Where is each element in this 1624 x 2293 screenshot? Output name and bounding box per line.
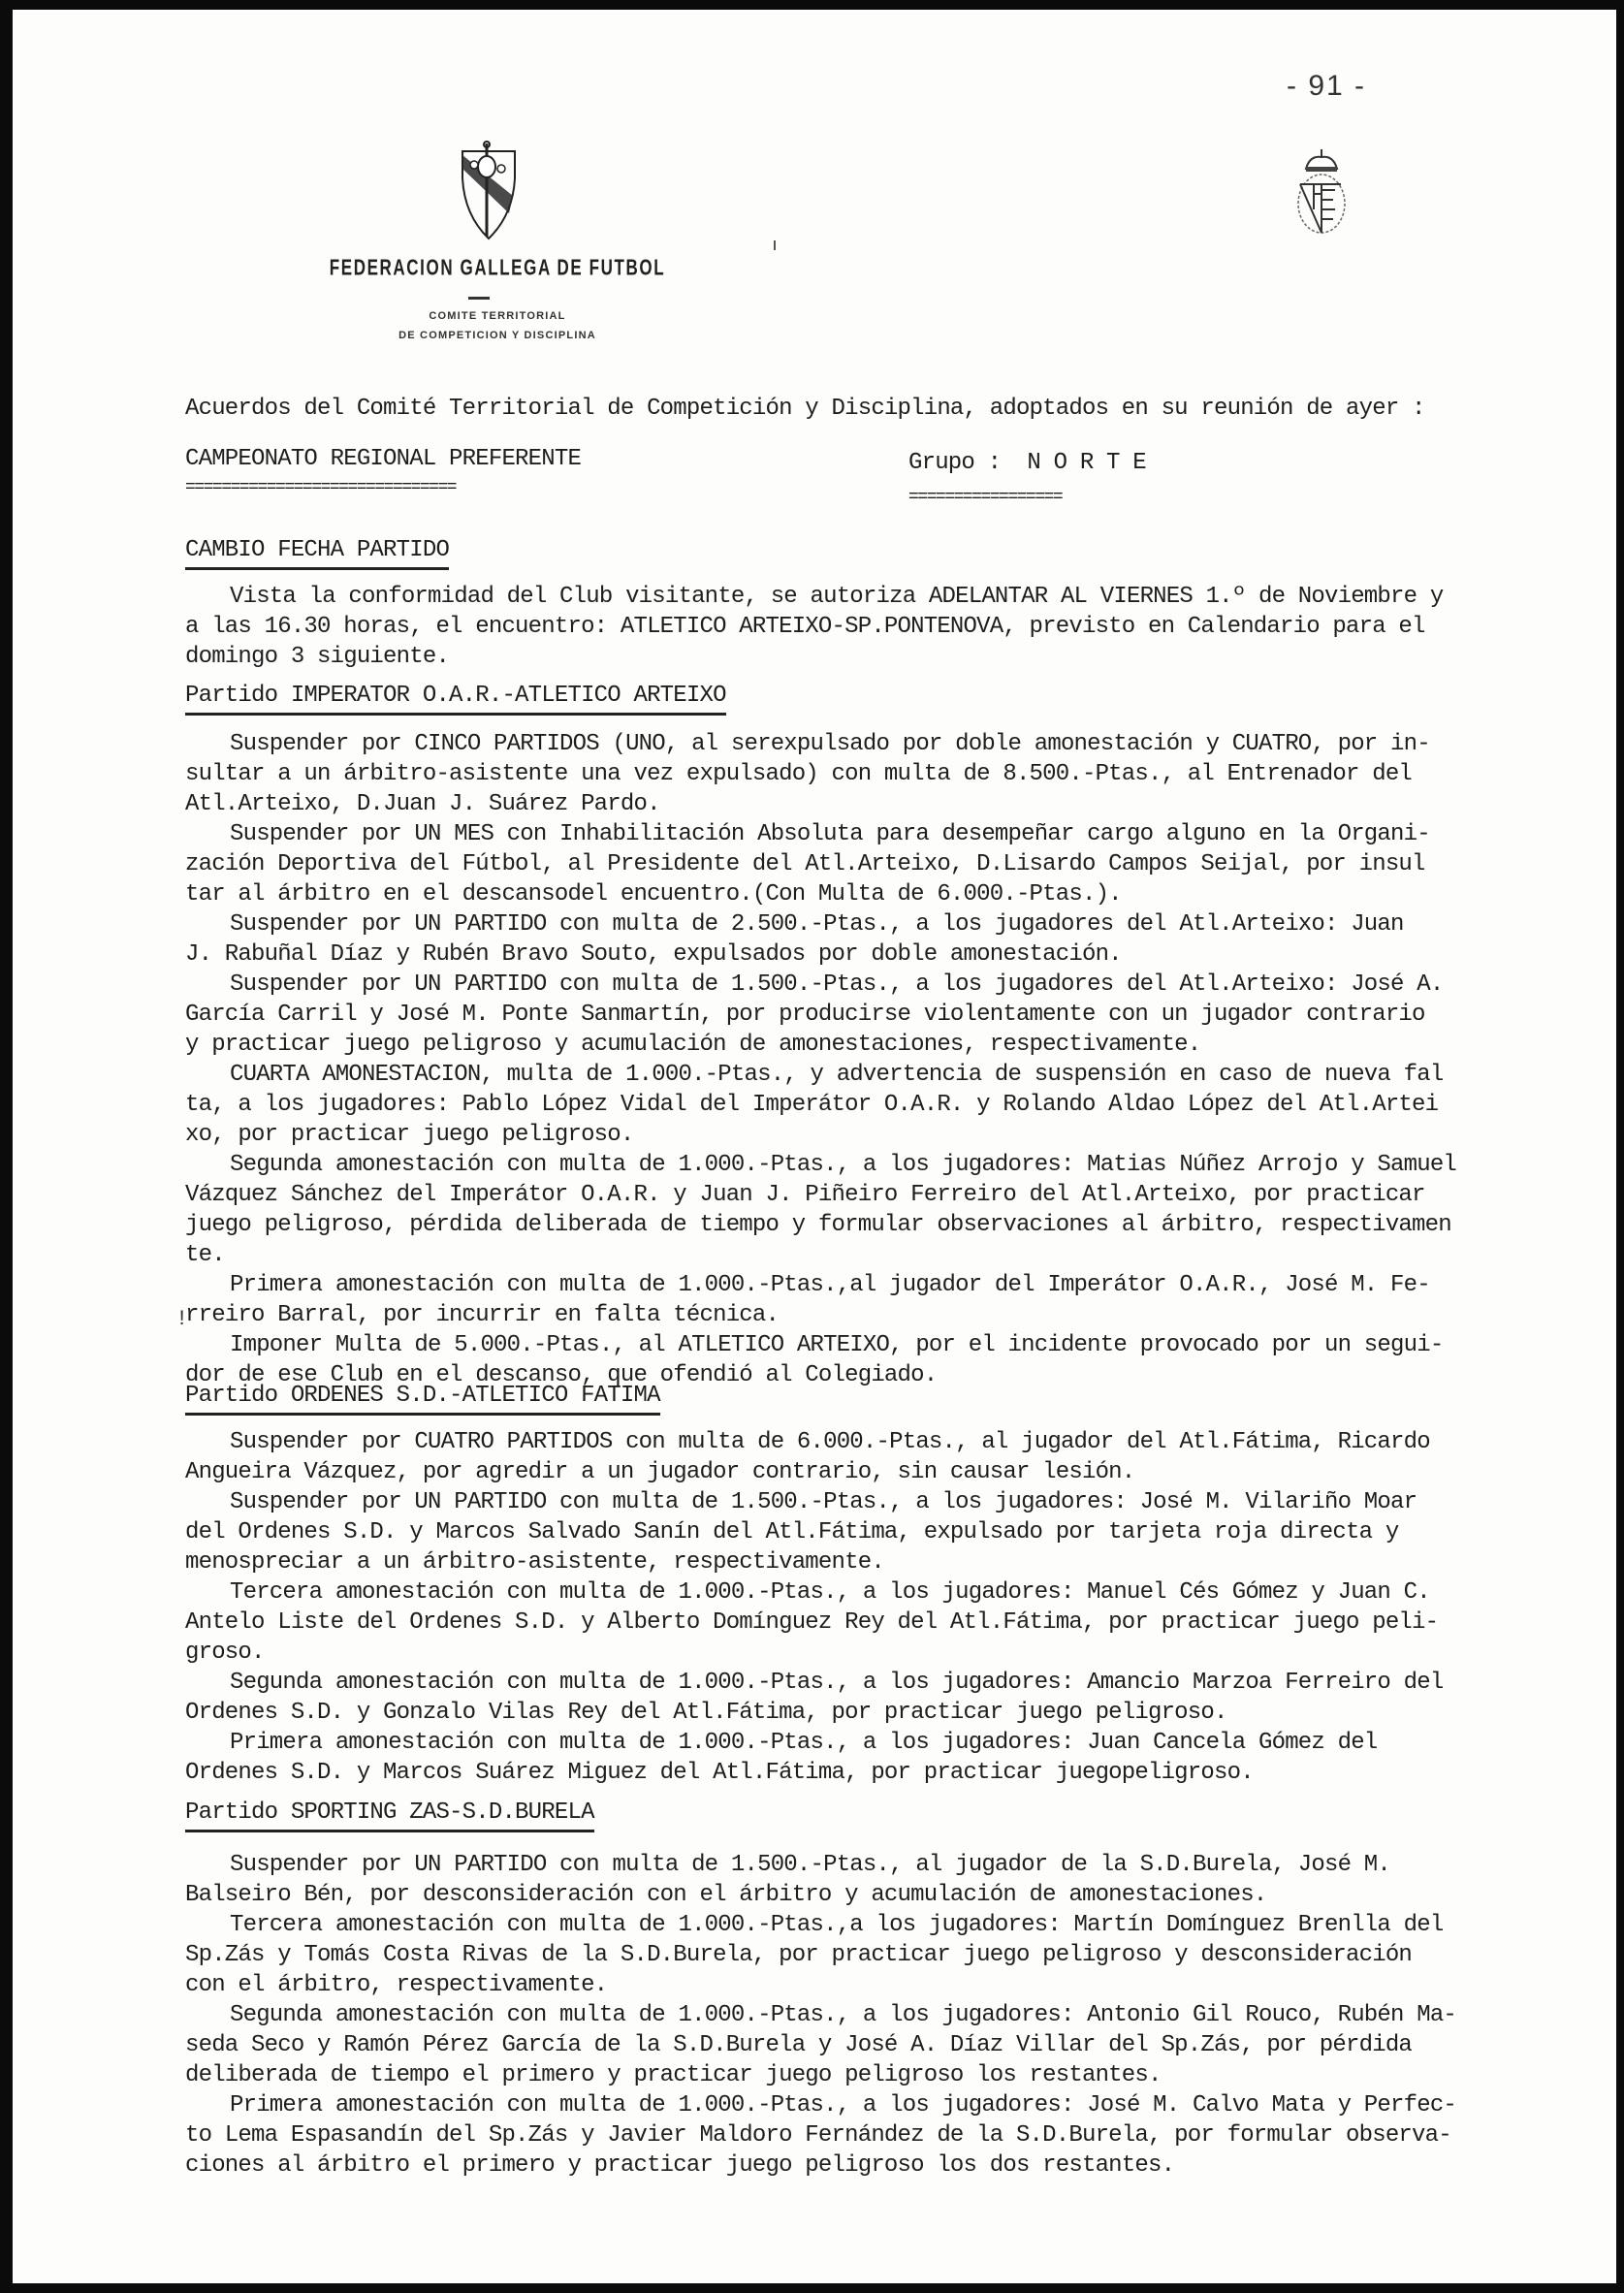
federation-divider [468,297,490,300]
document-page: - 91 - FEDERACION GALLEGA DE FUTBOL COMI… [13,10,1616,2283]
section-body: Suspender por UN PARTIDO con multa de 1.… [185,1850,1456,2181]
text-line: deliberada de tiempo el primero y practi… [185,2060,1456,2090]
text-line: Suspender por UN PARTIDO con multa de 2.… [185,909,1456,939]
section-body: Suspender por CINCO PARTIDOS (UNO, al se… [185,729,1456,1390]
text-line: sultar a un árbitro-asistente una vez ex… [185,759,1456,789]
text-line: Vázquez Sánchez del Imperátor O.A.R. y J… [185,1180,1456,1210]
galician-football-federation-shield-icon [455,140,523,240]
championship-label: CAMPEONATO REGIONAL PREFERENTE [185,444,581,474]
text-line: Suspender por UN MES con Inhabilitación … [185,819,1456,849]
text-line: Suspender por CUATRO PARTIDOS con multa … [185,1427,1443,1457]
text-line: Primera amonestación con multa de 1.000.… [185,1728,1443,1758]
margin-mark: ! [175,1307,188,1331]
section-title: Partido ORDENES S.D.-ATLETICO FATIMA [185,1381,660,1416]
text-line: Suspender por CINCO PARTIDOS (UNO, al se… [185,729,1456,759]
text-line: Antelo Liste del Ordenes S.D. y Alberto … [185,1608,1443,1638]
text-line: con el árbitro, respectivamente. [185,1970,1456,2000]
section-title: Partido IMPERATOR O.A.R.-ATLETICO ARTEIX… [185,681,726,716]
committee-line-2: DE COMPETICION Y DISCIPLINA [158,330,837,341]
group-label: Grupo : N O R T E [908,448,1146,478]
section-body: Vista la conformidad del Club visitante,… [185,582,1443,672]
committee-line-1: COMITE TERRITORIAL [158,310,837,322]
text-line: groso. [185,1638,1443,1668]
text-line: domingo 3 siguiente. [185,642,1443,672]
text-line: Vista la conformidad del Club visitante,… [185,582,1443,612]
text-line: del Ordenes S.D. y Marcos Salvado Sanín … [185,1517,1443,1547]
text-line: Sp.Zás y Tomás Costa Rivas de la S.D.Bur… [185,1940,1456,1970]
text-line: tar al árbitro en el descansodel encuent… [185,879,1456,909]
section-title: Partido SPORTING ZAS-S.D.BURELA [185,1798,594,1832]
text-line: Primera amonestación con multa de 1.000.… [185,1270,1456,1300]
stray-mark [774,240,776,250]
text-line: ciones al árbitro el primero y practicar… [185,2150,1456,2181]
text-line: Segunda amonestación con multa de 1.000.… [185,2000,1456,2030]
intro-statement: Acuerdos del Comité Territorial de Compe… [185,394,1425,424]
text-line: Segunda amonestación con multa de 1.000.… [185,1668,1443,1698]
text-line: Ordenes S.D. y Gonzalo Vilas Rey del Atl… [185,1698,1443,1728]
championship-underline: ============================== [185,473,456,503]
text-line: Primera amonestación con multa de 1.000.… [185,2090,1456,2120]
text-line: rreiro Barral, por incurrir en falta téc… [185,1300,1456,1330]
text-line: y practicar juego peligroso y acumulació… [185,1030,1456,1060]
text-line: xo, por practicar juego peligroso. [185,1120,1456,1150]
text-line: ta, a los jugadores: Pablo López Vidal d… [185,1090,1456,1120]
text-line: CUARTA AMONESTACION, multa de 1.000.-Pta… [185,1060,1456,1090]
text-line: J. Rabuñal Díaz y Rubén Bravo Souto, exp… [185,939,1456,970]
text-line: zación Deportiva del Fútbol, al Presiden… [185,849,1456,879]
text-line: menospreciar a un árbitro-asistente, res… [185,1547,1443,1577]
text-line: a las 16.30 horas, el encuentro: ATLETIC… [185,612,1443,642]
text-line: García Carril y José M. Ponte Sanmartín,… [185,1000,1456,1030]
federation-name: FEDERACION GALLEGA DE FUTBOL [158,255,837,281]
text-line: Tercera amonestación con multa de 1.000.… [185,1910,1456,1940]
rfef-crest-icon [1292,147,1351,237]
text-line: Tercera amonestación con multa de 1.000.… [185,1577,1443,1608]
text-line: Ordenes S.D. y Marcos Suárez Miguez del … [185,1758,1443,1788]
text-line: Balseiro Bén, por desconsideración con e… [185,1880,1456,1910]
section-title: CAMBIO FECHA PARTIDO [185,535,449,570]
text-line: te. [185,1240,1456,1270]
text-line: Atl.Arteixo, D.Juan J. Suárez Pardo. [185,789,1456,819]
text-line: to Lema Espasandín del Sp.Zás y Javier M… [185,2120,1456,2150]
text-line: Imponer Multa de 5.000.-Ptas., al ATLETI… [185,1330,1456,1360]
section-body: Suspender por CUATRO PARTIDOS con multa … [185,1427,1443,1788]
text-line: Angueira Vázquez, por agredir a un jugad… [185,1457,1443,1487]
page-number: - 91 - [1287,70,1366,103]
text-line: Suspender por UN PARTIDO con multa de 1.… [185,970,1456,1000]
text-line: seda Seco y Ramón Pérez García de la S.D… [185,2030,1456,2060]
group-underline: ================= [908,483,1062,513]
text-line: Suspender por UN PARTIDO con multa de 1.… [185,1850,1456,1880]
text-line: Segunda amonestación con multa de 1.000.… [185,1150,1456,1180]
text-line: juego peligroso, pérdida deliberada de t… [185,1210,1456,1240]
text-line: Suspender por UN PARTIDO con multa de 1.… [185,1487,1443,1517]
